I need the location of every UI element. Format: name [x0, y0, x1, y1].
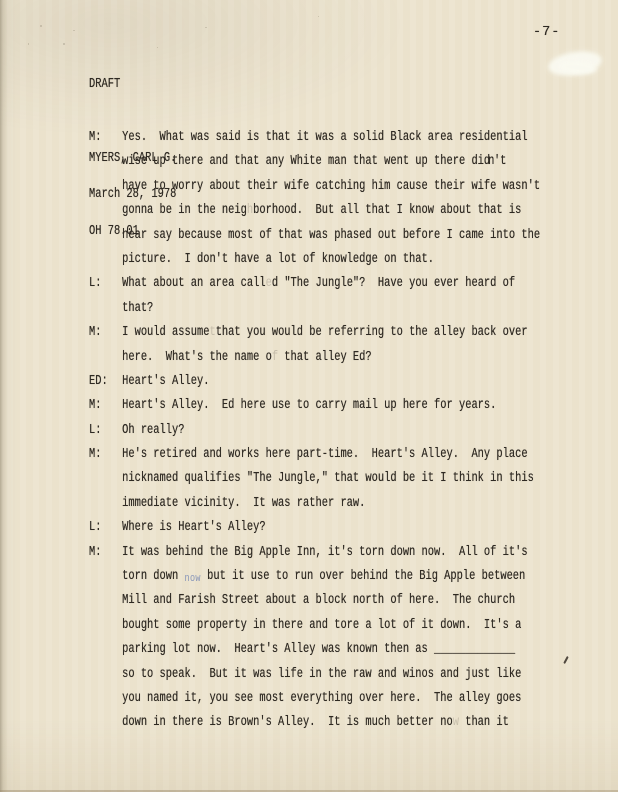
scanned-page: -7- DRAFT MYERS, CARL G. March 28, 1978 …: [0, 0, 618, 792]
transcript-line: Mill and Farish Street about a block nor…: [89, 589, 566, 613]
speaker-label: M:: [89, 126, 122, 150]
line-segment: What about an area call: [122, 276, 265, 291]
line-text: bought some property in there and tore a…: [122, 614, 521, 638]
line-segment: that?: [122, 301, 153, 316]
speaker-label: M:: [89, 541, 122, 565]
speaker-label: [89, 711, 122, 735]
line-segment-faint: w: [453, 715, 459, 730]
transcript-line: hear say because most of that was phased…: [89, 224, 566, 248]
speaker-label: L:: [89, 419, 122, 443]
line-segment: down in there is Brown's Alley. It is mu…: [122, 715, 453, 730]
transcript-line: M:Heart's Alley. Ed here use to carry ma…: [89, 394, 566, 418]
line-segment: Heart's Alley.: [122, 374, 209, 389]
paper-speck: [28, 43, 29, 45]
line-segment: hear say because most of that was phased…: [122, 228, 540, 243]
speaker-label: M:: [89, 321, 122, 345]
line-text: Heart's Alley. Ed here use to carry mail…: [122, 394, 496, 418]
line-text: nicknamed qualifies "The Jungle," that w…: [122, 467, 534, 491]
speaker-label: M:: [89, 443, 122, 467]
line-segment: Mill and Farish Street about a block nor…: [122, 593, 515, 608]
paper-speck: [318, 16, 319, 17]
line-segment: Heart's Alley. Ed here use to carry mail…: [122, 398, 496, 413]
line-segment: d "The Jungle"? Have you ever heard of: [272, 276, 515, 291]
line-segment: immediate vicinity. It was rather raw.: [122, 496, 365, 511]
speaker-label: [89, 614, 122, 638]
line-text: torn down now but it use to run over beh…: [122, 565, 525, 589]
line-segment: but it use to run over behind the Big Ap…: [201, 569, 525, 584]
speaker-label: [89, 224, 122, 248]
line-segment: that alley Ed?: [278, 350, 372, 365]
speaker-label: [89, 175, 122, 199]
speaker-label: [89, 297, 122, 321]
line-segment: torn down: [122, 569, 184, 584]
transcript-line: L:Where is Heart's Alley?: [89, 516, 566, 540]
transcript-line: M:It was behind the Big Apple Inn, it's …: [89, 541, 566, 565]
line-segment: nicknamed qualifies "The Jungle," that w…: [122, 471, 534, 486]
speaker-label: [89, 687, 122, 711]
speaker-label: [89, 663, 122, 687]
transcript-line: L:What about an area called "The Jungle"…: [89, 272, 566, 296]
line-text: gonna be in the neighborhood. But all th…: [122, 199, 521, 223]
speaker-label: [89, 638, 122, 662]
line-segment: gonna be in the neig: [122, 203, 247, 218]
scan-background: [0, 792, 618, 800]
line-segment: Where is Heart's Alley?: [122, 520, 265, 535]
line-text: I would assumetthat you would be referri…: [122, 321, 527, 345]
line-segment: here. What's the name o: [122, 350, 272, 365]
line-segment-faint: e: [266, 276, 272, 291]
paper-speck: [40, 25, 42, 27]
line-segment-blue-insert: now: [184, 573, 200, 585]
speaker-label: [89, 467, 122, 491]
line-segment: bought some property in there and tore a…: [122, 618, 521, 633]
line-segment: I would assume: [122, 325, 209, 340]
speaker-label: [89, 346, 122, 370]
speaker-label: M:: [89, 394, 122, 418]
transcript-line: bought some property in there and tore a…: [89, 614, 566, 638]
transcript-line: M:He's retired and works here part-time.…: [89, 443, 566, 467]
line-segment: parking lot now. Heart's Alley was known…: [122, 642, 434, 657]
line-segment: borhood. But all that I know about that …: [253, 203, 521, 218]
line-text: Heart's Alley.: [122, 370, 209, 394]
line-text: Oh really?: [122, 419, 184, 443]
line-text: down in there is Brown's Alley. It is mu…: [122, 711, 509, 735]
line-text: that?: [122, 297, 153, 321]
line-segment: It was behind the Big Apple Inn, it's to…: [122, 545, 527, 560]
speaker-label: [89, 248, 122, 272]
line-text: immediate vicinity. It was rather raw.: [122, 492, 365, 516]
line-segment-faint: f: [272, 350, 278, 365]
line-segment: than it: [459, 715, 509, 730]
line-segment: you named it, you see most everything ov…: [122, 691, 521, 706]
line-segment: picture. I don't have a lot of knowledge…: [122, 252, 434, 267]
speaker-label: [89, 589, 122, 613]
line-segment: so to speak. But it was life in the raw …: [122, 667, 521, 682]
speaker-label: [89, 150, 122, 174]
draft-label: DRAFT: [89, 79, 176, 91]
transcript-line: have to worry about their wife catching …: [89, 175, 566, 199]
speaker-label: [89, 565, 122, 589]
transcript-line: here. What's the name of that alley Ed?: [89, 346, 566, 370]
transcript-line: that?: [89, 297, 566, 321]
line-text: He's retired and works here part-time. H…: [122, 443, 527, 467]
transcript-line: immediate vicinity. It was rather raw.: [89, 492, 566, 516]
speaker-label: [89, 199, 122, 223]
speaker-label: [89, 492, 122, 516]
line-segment: He's retired and works here part-time. H…: [122, 447, 527, 462]
line-segment-faint: t: [209, 325, 215, 340]
line-segment-blank: _____________: [434, 642, 515, 657]
line-text: Yes. What was said is that it was a soli…: [122, 126, 527, 150]
line-text: picture. I don't have a lot of knowledge…: [122, 248, 434, 272]
page-number: -7-: [533, 25, 560, 40]
transcript-line: M:Yes. What was said is that it was a so…: [89, 126, 566, 150]
line-segment: 't: [494, 154, 506, 169]
transcript-line: so to speak. But it was life in the raw …: [89, 663, 566, 687]
paper-speck: [63, 43, 65, 45]
transcript-line: gonna be in the neighborhood. But all th…: [89, 199, 566, 223]
transcript-line: parking lot now. Heart's Alley was known…: [89, 638, 566, 662]
paper-speck: [73, 30, 75, 31]
transcript-line: M:I would assumetthat you would be refer…: [89, 321, 566, 345]
paper-speck: [157, 47, 158, 48]
line-text: It was behind the Big Apple Inn, it's to…: [122, 541, 527, 565]
line-segment-tight: dn: [484, 154, 492, 169]
transcript-line: down in there is Brown's Alley. It is mu…: [89, 711, 566, 735]
transcript-line: you named it, you see most everything ov…: [89, 687, 566, 711]
line-text: you named it, you see most everything ov…: [122, 687, 521, 711]
transcript-line: nicknamed qualifies "The Jungle," that w…: [89, 467, 566, 491]
line-text: have to worry about their wife catching …: [122, 175, 540, 199]
speaker-label: L:: [89, 272, 122, 296]
line-segment: have to worry about their wife catching …: [122, 179, 540, 194]
line-segment-faint: h: [247, 203, 253, 218]
transcript-line: L:Oh really?: [89, 419, 566, 443]
transcript-line: ED:Heart's Alley.: [89, 370, 566, 394]
transcript-body: M:Yes. What was said is that it was a so…: [89, 126, 566, 736]
line-text: Where is Heart's Alley?: [122, 516, 265, 540]
line-text: hear say because most of that was phased…: [122, 224, 540, 248]
line-text: wise up there and that any White man tha…: [122, 150, 506, 174]
transcript-line: picture. I don't have a lot of knowledge…: [89, 248, 566, 272]
line-segment: wise up there and that any White man tha…: [122, 154, 484, 169]
line-text: parking lot now. Heart's Alley was known…: [122, 638, 515, 662]
line-text: What about an area called "The Jungle"? …: [122, 272, 515, 296]
line-text: here. What's the name of that alley Ed?: [122, 346, 372, 370]
speaker-label: L:: [89, 516, 122, 540]
transcript-line: torn down now but it use to run over beh…: [89, 565, 566, 589]
line-text: Mill and Farish Street about a block nor…: [122, 589, 515, 613]
paper-speck: [205, 27, 207, 28]
line-text: so to speak. But it was life in the raw …: [122, 663, 521, 687]
line-segment: Yes. What was said is that it was a soli…: [122, 130, 527, 145]
transcript-line: wise up there and that any White man tha…: [89, 150, 566, 174]
line-segment: that you would be referring to the alley…: [216, 325, 528, 340]
line-segment: Oh really?: [122, 423, 184, 438]
speaker-label: ED:: [89, 370, 122, 394]
